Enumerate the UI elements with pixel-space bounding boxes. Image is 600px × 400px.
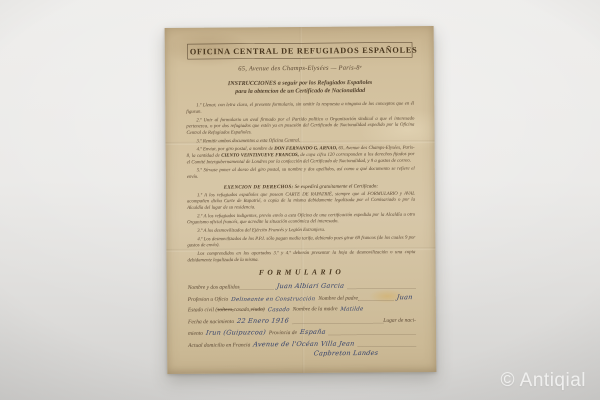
instruction-item-1: 1.º Llenar, con letra clara, el presente…: [186, 101, 414, 115]
handwritten-father-name: Juan: [393, 293, 416, 301]
form-row-birthdate: Fecha de nacimiento 22 Enero 1916 Lugar …: [188, 315, 416, 324]
province-label: Provincia de: [269, 330, 297, 336]
dotted-rule: [358, 294, 394, 301]
exemption-item-1: 1.º A los refugiados españoles que posea…: [187, 190, 415, 211]
form-heading: FORMULARIO: [188, 268, 416, 278]
exemption-heading-bold: EXENCION DE DERECHOS:: [224, 184, 294, 190]
form-section: Nombre y dos apellidos Juan Albiari Garc…: [188, 281, 417, 358]
handwritten-birthplace: Irun (Guipuzcoa): [203, 329, 270, 337]
handwritten-domicile: Avenue de l'Océan Villa Jean: [250, 340, 358, 348]
civil-option-casado: casado,: [234, 306, 251, 312]
dotted-rule: [329, 328, 416, 335]
profession-label: Profesion u Oficio: [188, 296, 228, 302]
dotted-rule: [347, 282, 415, 289]
handwritten-province: España: [296, 328, 329, 336]
exemption-heading-rest: Se expedirá gratuitamente el Certificado…: [293, 183, 378, 189]
instructions-list: 1.º Llenar, con letra clara, el presente…: [186, 101, 415, 180]
civil-option-soltero: soltero,: [217, 307, 233, 313]
dotted-rule: [292, 317, 383, 324]
handwritten-name: Juan Albiari Garcia: [273, 282, 348, 290]
handwritten-profession: Delineante en Construcción: [228, 295, 319, 302]
document-content: OFICINA CENTRAL DE REFUGIADOS ESPAÑOLES …: [165, 26, 437, 374]
document-title: OFICINA CENTRAL DE REFUGIADOS ESPAÑOLES: [190, 45, 410, 57]
exemption-item-2: 2.º A los refugiados indigentes, previo …: [187, 211, 415, 225]
instruction-item-4: 4.º Enviar, por giro postal, a nombre de…: [187, 145, 415, 166]
payment-amount: CIENTO VEINTINUEVE FRANCOS,: [221, 152, 299, 158]
father-name-label: Nombre del padre: [318, 295, 358, 301]
exemption-section: EXENCION DE DERECHOS: Se expedirá gratui…: [187, 183, 416, 264]
instruction-item-3: 3.º Remitir ambos documentos a esta Ofic…: [187, 136, 415, 144]
mother-name-label: Nombre de la madre: [293, 306, 338, 312]
handwritten-birthdate: 22 Enero 1916: [234, 317, 293, 325]
handwritten-mother-name: Matilde: [337, 306, 367, 313]
form-row-name: Nombre y dos apellidos Juan Albiari Garc…: [188, 281, 416, 290]
exemption-note: Los comprendidos en los apartados 3.º y …: [187, 249, 415, 263]
handwritten-domicile-city: Capbreton Landes: [310, 349, 382, 357]
dotted-rule: [240, 283, 274, 290]
form-row-birthplace-province: miento Irun (Guipuzcoa) Provincia de Esp…: [188, 327, 416, 336]
exemption-heading: EXENCION DE DERECHOS: Se expedirá gratui…: [187, 183, 415, 190]
form-row-domicile: Actual domicilio en Francia Avenue de l'…: [188, 339, 416, 348]
instruction-item-2: 2.º Unir al formulario un aval firmado p…: [186, 115, 414, 136]
title-box: OFICINA CENTRAL DE REFUGIADOS ESPAÑOLES: [187, 42, 412, 59]
exemption-item-3: 3.º A los desmovilizados del Ejército Fr…: [187, 226, 415, 234]
watermark-text: © Antiqial: [500, 370, 586, 392]
instruction-item-5: 5.º Sírvase poner al dorso del giro post…: [187, 166, 415, 180]
payee-name: DON FERNANDO G. ARNAO,: [274, 145, 337, 151]
form-row-domicile-2: Capbreton Landes: [188, 349, 416, 358]
form-row-profession-father: Profesion u Oficio Delineante en Constru…: [188, 293, 416, 302]
dotted-rule: [358, 340, 416, 347]
photo-of-document: { "colors": { "background": "#e9e8e6", "…: [0, 0, 600, 400]
exemption-item-4: 4.º Los desmovilizados de los P.P.I. sól…: [187, 234, 415, 248]
name-label: Nombre y dos apellidos: [188, 284, 240, 290]
subtitle-line-2: para la obtencion de un Certificado de N…: [186, 86, 414, 96]
instruction-4-text: 4.º Enviar, por giro postal, a nombre de: [197, 146, 275, 152]
birthdate-label: Fecha de nacimiento: [188, 318, 234, 324]
birthplace-label-part1: Lugar de naci-: [383, 317, 416, 323]
domicile-label: Actual domicilio en Francia: [188, 342, 250, 348]
form-row-civil-mother: Estado civil ( soltero, casado, viudo) C…: [188, 305, 416, 313]
civil-option-viudo: viudo): [251, 306, 265, 312]
instructions-subtitle: INSTRUCCIONES a seguir por los Refugiado…: [186, 78, 414, 96]
address-line: 65, Avenue des Champs-Elysées — Paris-8ᵉ: [186, 63, 414, 73]
document-paper: OFICINA CENTRAL DE REFUGIADOS ESPAÑOLES …: [165, 26, 437, 374]
handwritten-civil-status: Casado: [264, 306, 293, 313]
civil-status-label: Estado civil (: [188, 307, 217, 313]
birthplace-label-part2: miento: [188, 330, 203, 336]
